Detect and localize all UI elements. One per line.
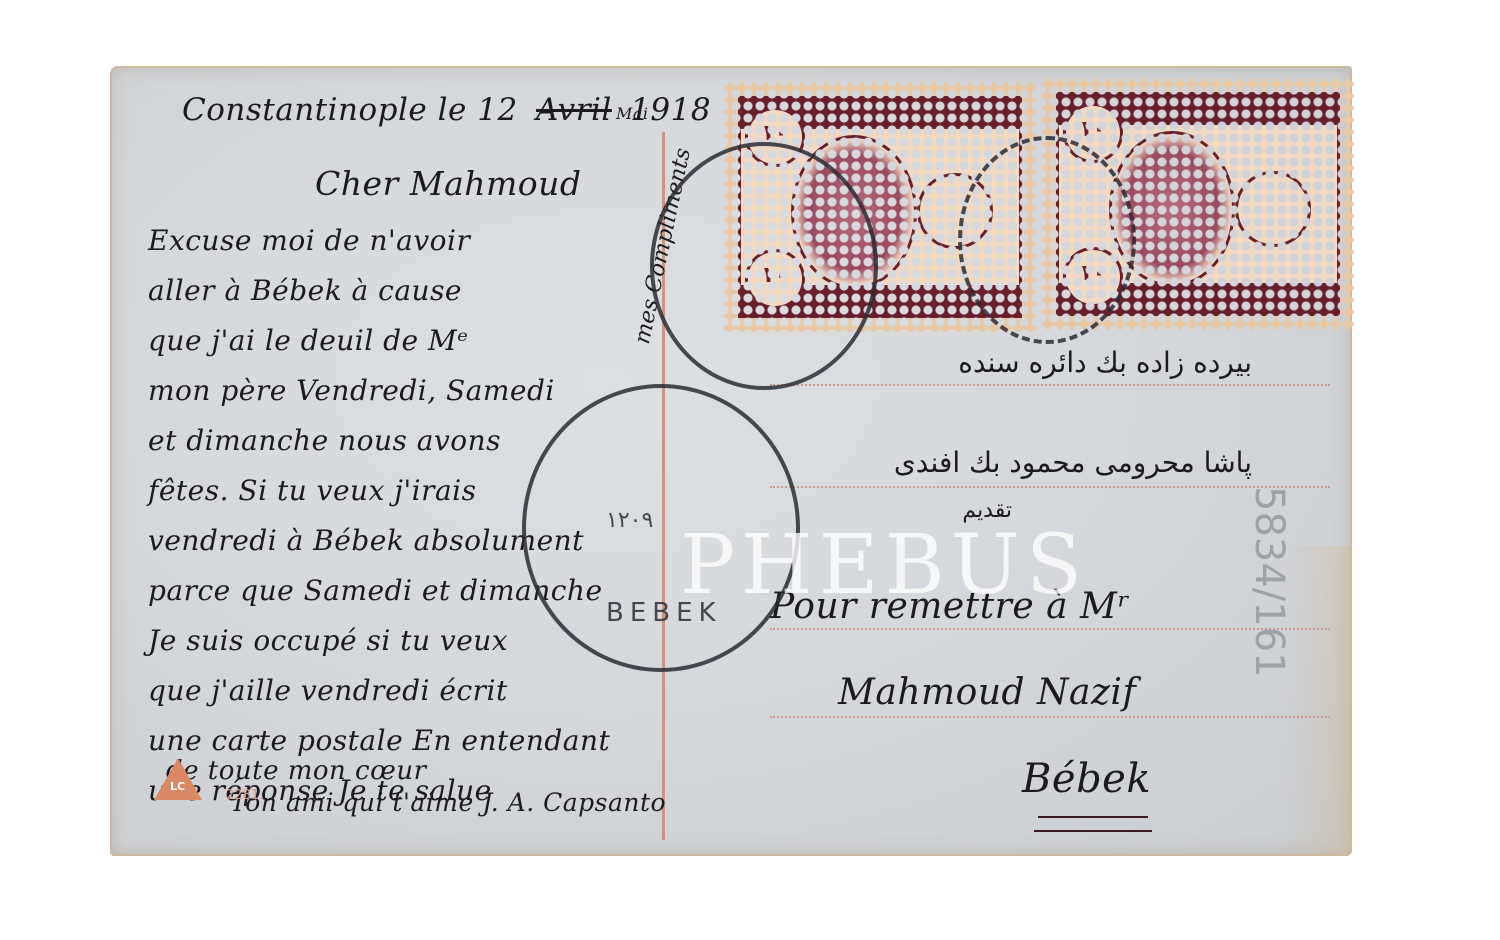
address-arabic-line-1: بيرده زاده بك دائره سنده [958,346,1252,379]
stamp-tughra-circle [1235,171,1311,247]
city-underline [1038,816,1148,818]
stamp-denomination: ١٠ [1079,117,1106,142]
address-arabic-line-2: پاشا محرومى محمود بك افندى [894,446,1252,479]
message-line: Je suis occupé si tu veux [148,616,610,666]
closing: de toute mon cœur [166,756,427,786]
message-line: aller à Bébek à cause [148,266,610,316]
postmark-upper-left [650,142,878,390]
address-rule [770,384,1330,386]
signature: Ton ami qui t'aime J. A. Capsanto [230,788,666,817]
message-line: Excuse moi de n'avoir [148,216,610,266]
address-city: Bébek [1022,756,1151,802]
postcard-back: Constantinople le 12 Avril 1918 Mai Cher… [110,66,1352,856]
message-line: que j'aille vendredi écrit [148,666,610,716]
postmark-date: ١٢٠٩ [606,508,653,533]
watermark: PHEBUS [680,518,1088,613]
corrected-month: Mai [616,104,649,123]
address-rule [770,716,1330,718]
greeting: Cher Mahmoud [315,164,582,203]
publisher-logo: LC [170,780,185,793]
publisher-number: 2281. [226,788,263,803]
message-line: mon père Vendredi, Samedi [148,366,610,416]
place-date: Constantinople le 12 Avril 1918 Mai [182,92,711,128]
address-recipient: Mahmoud Nazif [838,672,1136,713]
message-line: que j'ai le deuil de Mᵉ [148,316,610,366]
place-date-text: Constantinople le 12 [182,92,518,128]
postmark-upper-right [958,136,1136,344]
publisher-logo-triangle-icon [154,758,202,800]
pencil-inventory-number: 5834/161 [1246,486,1292,678]
struck-month: Avril [536,92,612,128]
city-underline [1034,830,1152,832]
